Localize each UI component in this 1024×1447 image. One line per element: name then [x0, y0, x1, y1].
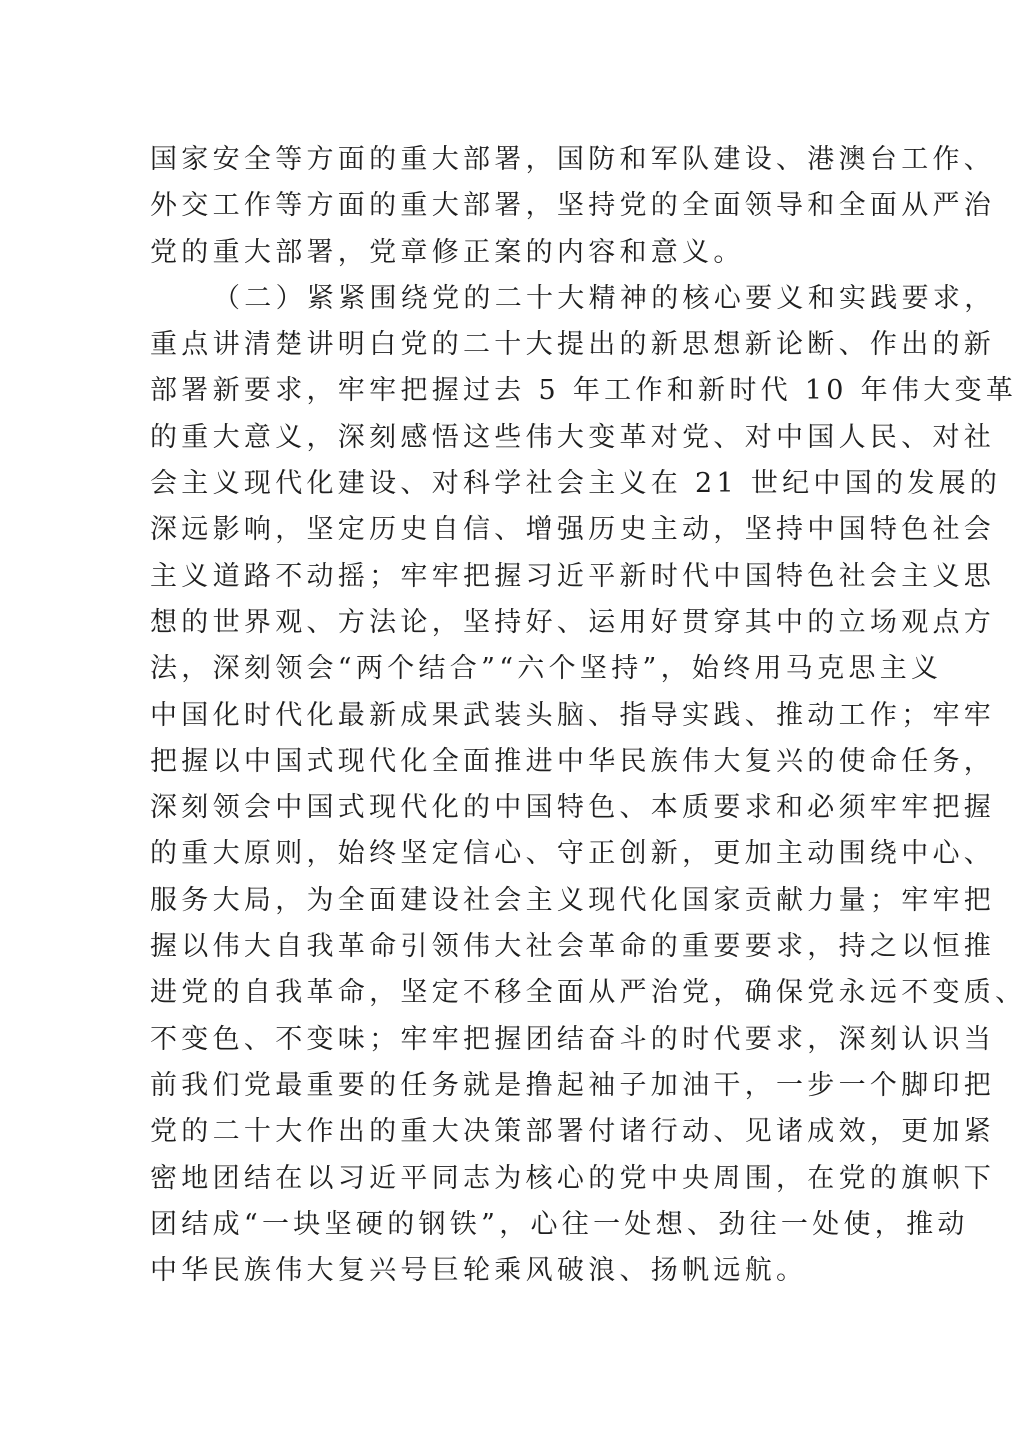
text-line: 服务大局，为全面建设社会主义现代化国家贡献力量；牢牢把: [150, 878, 878, 924]
text-line: 想的世界观、方法论，坚持好、运用好贯穿其中的立场观点方: [150, 600, 878, 646]
text-line: 握以伟大自我革命引领伟大社会革命的重要要求，持之以恒推: [150, 924, 878, 970]
text-line: 深远影响，坚定历史自信、增强历史主动，坚持中国特色社会: [150, 507, 878, 553]
text-line: 中国化时代化最新成果武装头脑、指导实践、推动工作；牢牢: [150, 693, 878, 739]
text-line: 主义道路不动摇；牢牢把握习近平新时代中国特色社会主义思: [150, 554, 878, 600]
paragraph-continuation: 国家安全等方面的重大部署，国防和军队建设、港澳台工作、 外交工作等方面的重大部署…: [150, 137, 878, 276]
text-line: 不变色、不变味；牢牢把握团结奋斗的时代要求，深刻认识当: [150, 1017, 878, 1063]
document-body: 国家安全等方面的重大部署，国防和军队建设、港澳台工作、 外交工作等方面的重大部署…: [150, 137, 878, 1294]
text-line: 的重大原则，始终坚定信心、守正创新，更加主动围绕中心、: [150, 831, 878, 877]
text-line: 党的重大部署，党章修正案的内容和意义。: [150, 230, 878, 276]
text-line: 部署新要求，牢牢把握过去 5 年工作和新时代 10 年伟大变革: [150, 368, 878, 414]
text-line: 把握以中国式现代化全面推进中华民族伟大复兴的使命任务，: [150, 739, 878, 785]
text-line: 深刻领会中国式现代化的中国特色、本质要求和必须牢牢把握: [150, 785, 878, 831]
text-line: 团结成“一块坚硬的钢铁”，心往一处想、劲往一处使，推动: [150, 1202, 878, 1248]
text-line: 密地团结在以习近平同志为核心的党中央周围，在党的旗帜下: [150, 1156, 878, 1202]
text-line: 国家安全等方面的重大部署，国防和军队建设、港澳台工作、: [150, 137, 878, 183]
text-line: 法，深刻领会“两个结合”“六个坚持”，始终用马克思主义: [150, 646, 878, 692]
document-page: 国家安全等方面的重大部署，国防和军队建设、港澳台工作、 外交工作等方面的重大部署…: [0, 0, 1024, 1447]
text-line: 前我们党最重要的任务就是撸起袖子加油干，一步一个脚印把: [150, 1063, 878, 1109]
text-line: 重点讲清楚讲明白党的二十大提出的新思想新论断、作出的新: [150, 322, 878, 368]
text-line: 的重大意义，深刻感悟这些伟大变革对党、对中国人民、对社: [150, 415, 878, 461]
text-line: 进党的自我革命，坚定不移全面从严治党，确保党永远不变质、: [150, 970, 878, 1016]
text-line: 外交工作等方面的重大部署，坚持党的全面领导和全面从严治: [150, 183, 878, 229]
text-line: 党的二十大作出的重大决策部署付诸行动、见诸成效，更加紧: [150, 1109, 878, 1155]
text-line: 会主义现代化建设、对科学社会主义在 21 世纪中国的发展的: [150, 461, 878, 507]
section-heading-line: （二）紧紧围绕党的二十大精神的核心要义和实践要求，: [150, 276, 878, 322]
paragraph-section-two: （二）紧紧围绕党的二十大精神的核心要义和实践要求， 重点讲清楚讲明白党的二十大提…: [150, 276, 878, 1295]
text-line: 中华民族伟大复兴号巨轮乘风破浪、扬帆远航。: [150, 1248, 878, 1294]
